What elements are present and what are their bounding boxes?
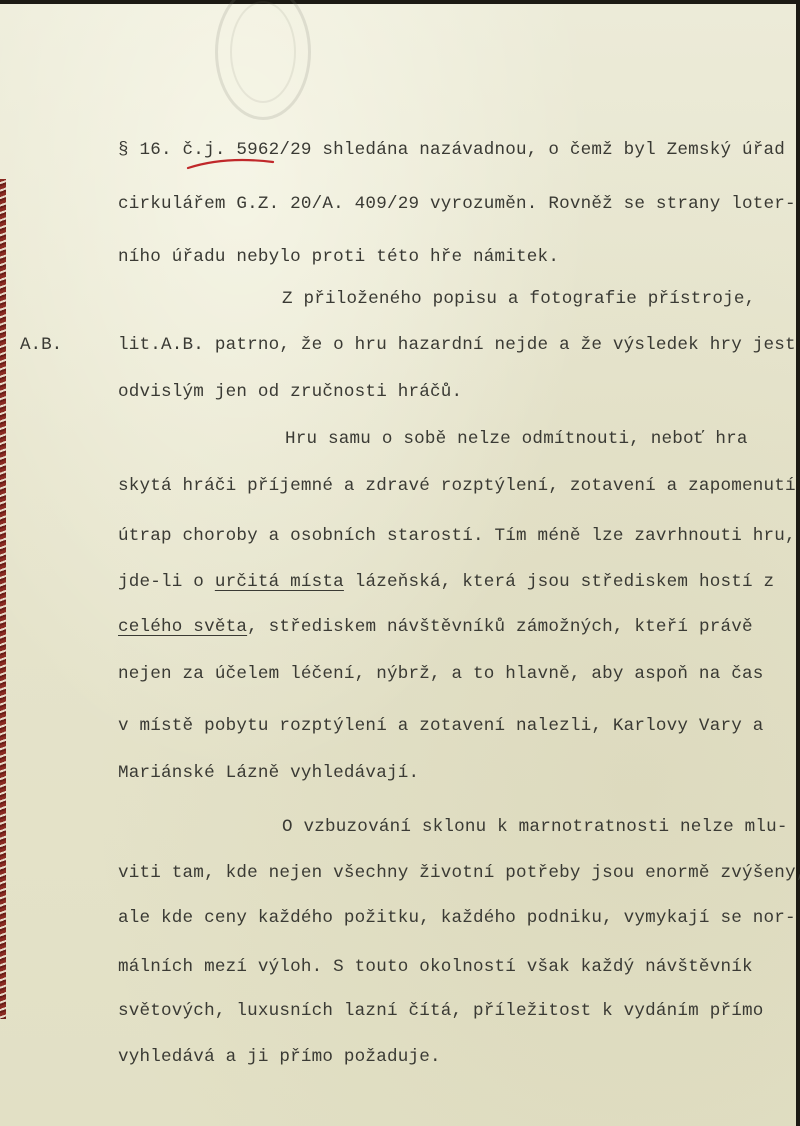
- text-fragment: lázeňská, která jsou střediskem hostí z: [344, 572, 774, 592]
- text-line: lit.A.B. patrno, že o hru hazardní nejde…: [118, 335, 796, 355]
- text-line-with-underline: celého světa, střediskem návštěvníků zám…: [118, 617, 753, 637]
- underlined-phrase: určitá místa: [215, 572, 344, 592]
- text-line: Mariánské Lázně vyhledávají.: [118, 763, 419, 783]
- text-line: vyhledává a ji přímo požaduje.: [118, 1047, 441, 1067]
- text-line: málních mezí výloh. S touto okolností vš…: [118, 957, 753, 977]
- text-line: § 16. č.j. 5962/29 shledána nazávadnou, …: [118, 140, 785, 160]
- text-line: viti tam, kde nejen všechny životní potř…: [118, 863, 800, 883]
- text-fragment: , střediskem návštěvníků zámožných, kteř…: [247, 617, 753, 637]
- text-line: v místě pobytu rozptýlení a zotavení nal…: [118, 716, 763, 736]
- text-line: odvislým jen od zručnosti hráčů.: [118, 382, 462, 402]
- text-line: ního úřadu nebylo proti této hře námitek…: [118, 247, 559, 267]
- underlined-phrase: celého světa: [118, 617, 247, 637]
- binding-cord: [0, 179, 6, 1019]
- text-line: Z přiloženého popisu a fotografie přístr…: [282, 289, 755, 309]
- margin-note: A.B.: [20, 335, 62, 355]
- text-line: nejen za účelem léčení, nýbrž, a to hlav…: [118, 664, 763, 684]
- text-line: ale kde ceny každého požitku, každého po…: [118, 908, 796, 928]
- text-line: O vzbuzování sklonu k marnotratnosti nel…: [282, 817, 788, 837]
- faded-stamp: [215, 0, 311, 120]
- text-line: útrap choroby a osobních starostí. Tím m…: [118, 526, 796, 546]
- text-line: skytá hráči příjemné a zdravé rozptýlení…: [118, 476, 796, 496]
- document-page: A.B. § 16. č.j. 5962/29 shledána nazávad…: [0, 4, 796, 1126]
- text-line: Hru samu o sobě nelze odmítnouti, neboť …: [285, 429, 748, 449]
- text-fragment: jde-li o: [118, 572, 215, 592]
- text-line: cirkulářem G.Z. 20/A. 409/29 vyrozuměn. …: [118, 194, 796, 214]
- text-line-with-underline: jde-li o určitá místa lázeňská, která js…: [118, 572, 774, 592]
- text-line: světových, luxusních lazní čítá, příleži…: [118, 1001, 763, 1021]
